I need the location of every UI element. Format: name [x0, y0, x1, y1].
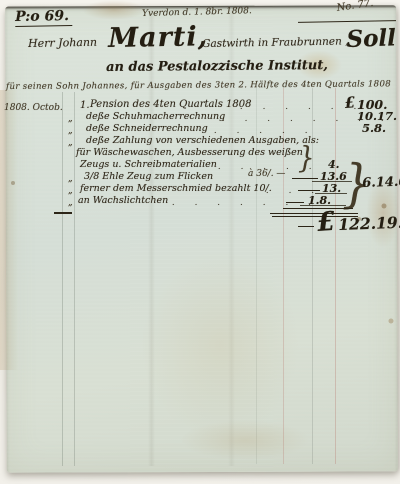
debit-word: Soll	[346, 24, 396, 53]
creditor-line: an das Pestalozzische Institut,	[106, 58, 328, 75]
ink-specks	[0, 0, 2, 2]
entry-leader: . . . . . .	[240, 102, 358, 111]
margin-rule-left-1	[62, 92, 63, 466]
entry-date: 1808. Octob.	[4, 103, 63, 113]
entry-text: 3/8 Ehle Zeug zum Flicken	[84, 171, 213, 182]
ditto-mark: „	[68, 186, 73, 196]
entry-text: Zeugs u. Schreibmaterialien	[80, 159, 217, 170]
ditto-mark: „	[68, 138, 73, 148]
paper-sheet	[5, 5, 398, 472]
ditto-mark: „	[68, 114, 73, 124]
entry-text: an Wachslichtchen	[78, 195, 168, 206]
entry-text: deße Schuhmacherrechnung	[86, 111, 225, 122]
page-number: P:o 69.	[15, 8, 72, 27]
currency-symbol: £	[344, 93, 356, 112]
debtor-salutation: Herr Johann	[28, 36, 97, 50]
amount-dash	[292, 178, 318, 179]
entry-note: à 36/. —	[248, 169, 285, 179]
ditto-mark: „	[68, 126, 73, 136]
entry-number: 1.	[80, 100, 90, 111]
entry-text: Pension des 4ten Quartals 1808	[90, 99, 251, 110]
subtotal-amount: 6.14.6	[362, 174, 400, 191]
entry-text: für Wäschewaschen, Ausbesserung des weiß…	[76, 147, 303, 158]
left-margin-dash	[54, 212, 72, 214]
entry-leader: . . . . .	[214, 126, 309, 135]
entry-text: ferner dem Messerschmied bezahlt 10/.	[80, 183, 272, 194]
debtor-name: Marti,	[108, 21, 208, 54]
entry-text: deße Zahlung von verschiedenen Ausgaben,…	[86, 135, 319, 146]
ditto-mark: „	[68, 198, 73, 208]
scanned-invoice-page: P:o 69. Yverdon d. 1. 8br. 1808. No. 77.…	[0, 0, 400, 484]
amount-dash	[298, 190, 320, 191]
entry-amount: 5.8.	[362, 121, 386, 135]
total-amount: 122.19.6	[338, 212, 400, 234]
debtor-description: Gastwirth in Fraubrunnen ,	[202, 35, 349, 50]
margin-rule-left-2	[74, 92, 75, 466]
amount-dash	[286, 202, 304, 203]
column-rule-4	[335, 88, 336, 464]
total-currency: £	[316, 207, 336, 238]
ditto-mark: „	[68, 174, 73, 184]
entry-text: deße Schneiderrechnung	[86, 123, 208, 134]
amount-underline	[300, 205, 346, 206]
total-dash	[298, 226, 314, 227]
